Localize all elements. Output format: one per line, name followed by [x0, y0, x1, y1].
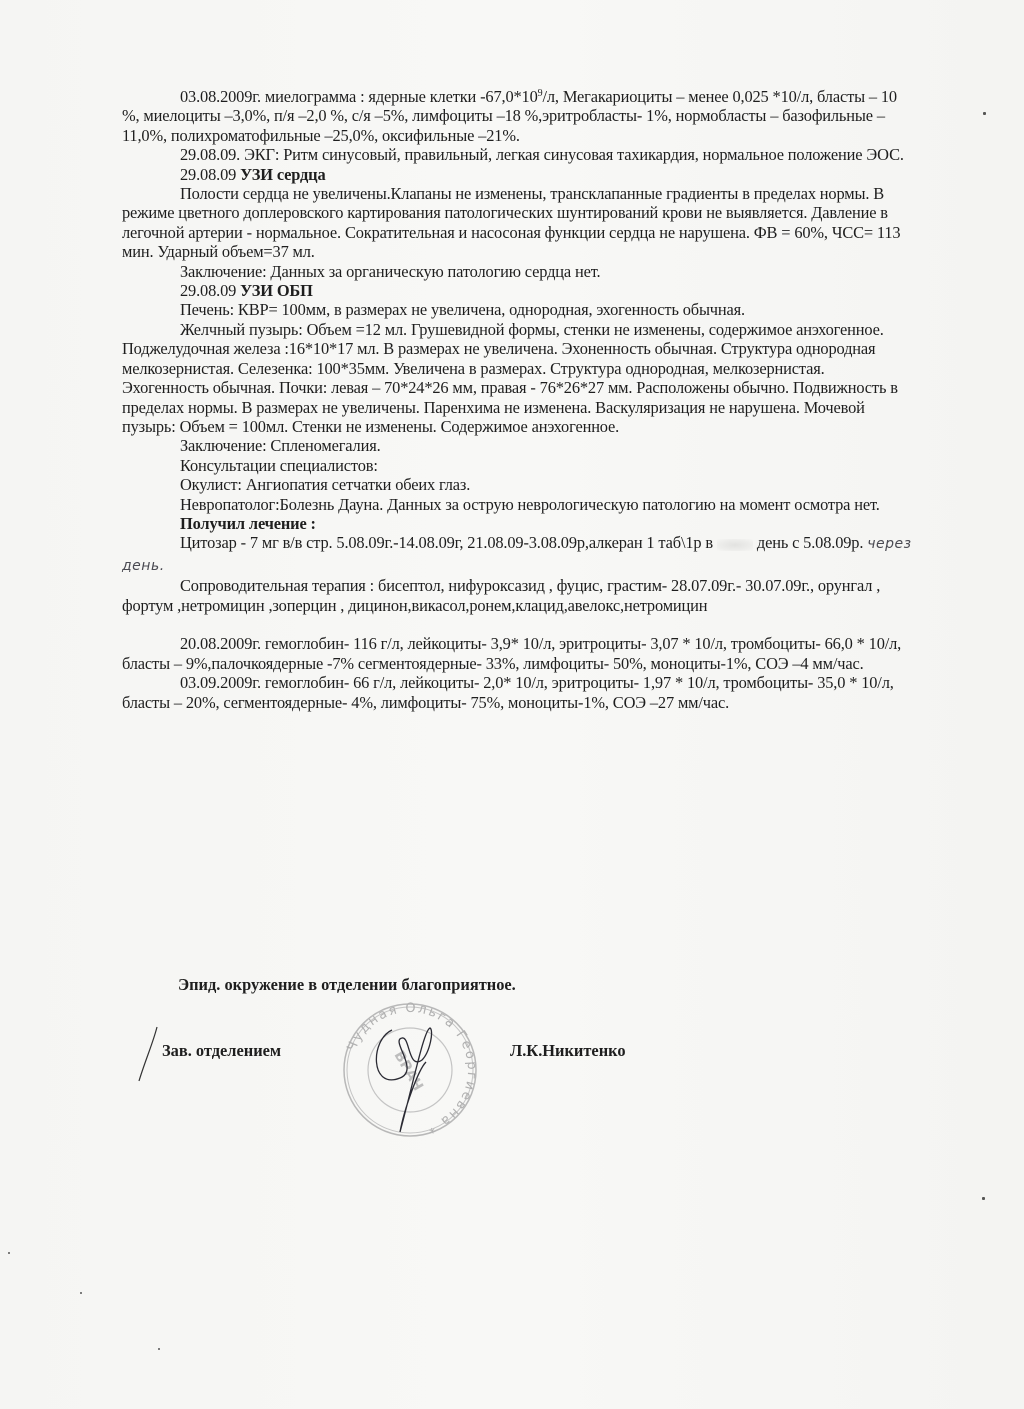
scan-speck — [80, 1292, 82, 1294]
signature-title: Зав. отделением — [162, 1041, 281, 1061]
myelogram-paragraph: 03.08.2009г. миелограмма : ядерные клетк… — [122, 87, 912, 145]
heart-ultrasound-conclusion: Заключение: Данных за органическую патол… — [122, 262, 912, 281]
myelogram-date: 03.08.2009г. — [180, 87, 261, 106]
heart-ultrasound-body: Полости сердца не увеличены.Клапаны не и… — [122, 184, 912, 262]
liver-paragraph: Печень: КВР= 100мм, в размерах не увелич… — [122, 300, 912, 319]
document-page: 03.08.2009г. миелограмма : ядерные клетк… — [0, 0, 1024, 1409]
consultations-heading: Консультации специалистов: — [122, 456, 912, 475]
blood-test-2: 03.09.2009г. гемоглобин- 66 г/л, лейкоци… — [122, 673, 912, 712]
signature-name: Л.К.Никитенко — [510, 1041, 626, 1061]
oculist-paragraph: Окулист: Ангиопатия сетчатки обеих глаз. — [122, 475, 912, 494]
stamp-icon: Чудная Ольга Георгиевна * ВРАЧ — [330, 1000, 490, 1140]
abdominal-ultrasound-conclusion: Заключение: Спленомегалия. — [122, 436, 912, 455]
spacer — [122, 615, 912, 634]
scan-speck — [982, 1197, 985, 1200]
treatment-heading: Получил лечение : — [122, 514, 912, 533]
blood-test-1: 20.08.2009г. гемоглобин- 116 г/л, лейкоц… — [122, 634, 912, 673]
epid-statement: Эпид. окружение в отделении благоприятно… — [178, 975, 516, 995]
scan-speck — [8, 1252, 10, 1254]
heart-ultrasound-heading: 29.08.09 УЗИ сердца — [122, 165, 912, 184]
neurologist-paragraph: Невропатолог:Болезнь Дауна. Данных за ос… — [122, 495, 912, 514]
supportive-therapy-paragraph: Сопроводительная терапия : бисептол, ниф… — [122, 576, 912, 615]
ecg-paragraph: 29.08.09. ЭКГ: Ритм синусовый, правильны… — [122, 145, 912, 164]
scan-speck — [158, 1348, 160, 1350]
scan-speck — [983, 112, 986, 115]
abdominal-ultrasound-heading: 29.08.09 УЗИ ОБП — [122, 281, 912, 300]
document-body: 03.08.2009г. миелограмма : ядерные клетк… — [122, 87, 912, 712]
correction-smudge — [717, 539, 753, 551]
pen-stroke-icon — [135, 1025, 165, 1085]
organs-paragraph: Желчный пузырь: Объем =12 мл. Грушевидно… — [122, 320, 912, 436]
treatment-paragraph: Цитозар - 7 мг в/в стр. 5.08.09г.-14.08.… — [122, 533, 912, 576]
